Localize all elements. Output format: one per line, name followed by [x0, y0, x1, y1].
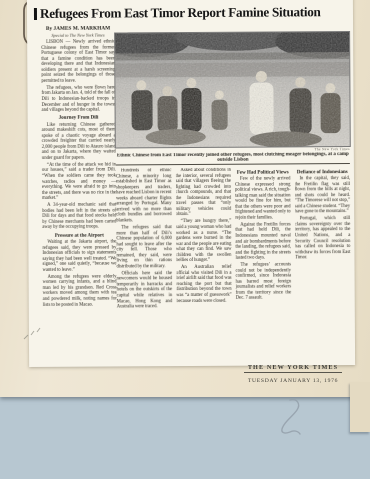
- subhead: Pressure at the Airport: [42, 233, 116, 238]
- scanned-scrapbook-page: { "colors":{ "album_paper":"#ece2cc", "b…: [0, 0, 370, 479]
- paragraph: Like returning Chinese gathered around m…: [42, 122, 116, 161]
- caption-rule: [116, 163, 350, 165]
- article-column-4: Few Had Political ViewsFew of the newly …: [235, 167, 292, 358]
- paragraph: “They are hungry there,” said a young wo…: [176, 219, 232, 264]
- paragraph: A 34-year-old mechanic said that bodies …: [42, 203, 116, 231]
- paragraph: An Australian relief official who visite…: [176, 265, 232, 304]
- refugees-photo-illustration: [115, 32, 350, 147]
- paragraph: The refugees said that more than half of…: [116, 225, 172, 270]
- pencil-marks: [20, 325, 46, 351]
- byline-credit: Special to The New York Times: [41, 32, 115, 37]
- paragraph: Asked about conditions in the interior, …: [175, 168, 231, 218]
- article-column-2: Hundreds of ethnic Chinese, a minority l…: [116, 168, 173, 359]
- paragraph: The refugees, who were flown here from J…: [41, 85, 115, 113]
- source-slip: THE NEW YORK TIMES TUESDAY JANUARY 13, 1…: [226, 356, 360, 384]
- article-column-5: Defiance of IndonesiansIn the capital, t…: [294, 167, 351, 358]
- paragraph: In the capital, they said, the Fretilin …: [294, 176, 350, 215]
- byline: By JAMES M. MARKHAM: [41, 25, 115, 31]
- headline-tick: [34, 8, 37, 20]
- paragraph: Hundreds of ethnic Chinese, a minority l…: [116, 168, 172, 224]
- paragraph: LISBON — Newly arrived ethnic Chinese re…: [41, 39, 115, 84]
- paragraph: Officials here said the newcomers would …: [117, 271, 173, 310]
- article-column-1: By JAMES M. MARKHAMSpecial to The New Yo…: [41, 24, 117, 356]
- article-columns: Hundreds of ethnic Chinese, a minority l…: [116, 167, 351, 359]
- underlying-page-edge: [350, 382, 370, 432]
- subhead: Few Had Political Views: [235, 170, 291, 175]
- handwritten-mark: [270, 394, 310, 438]
- publication-date: TUESDAY JANUARY 13, 1976: [226, 378, 360, 384]
- paragraph: Among the refugees were elderly women ca…: [43, 274, 117, 308]
- paragraph: Portugal, which still claims sovereignty…: [295, 216, 351, 261]
- photo-caption: Ethnic Chinese from East Timor recently …: [116, 152, 350, 164]
- paragraph: Waiting at the Jakarta airport, the refu…: [42, 239, 116, 273]
- newspaper-name: THE NEW YORK TIMES: [244, 364, 342, 373]
- newspaper-clipping: Refugees From East Timor Report Famine S…: [27, 0, 355, 367]
- paragraph: The refugees’ accounts could not be inde…: [235, 263, 291, 302]
- article-headline: Refugees From East Timor Report Famine S…: [40, 5, 321, 20]
- article-photo: [115, 32, 350, 147]
- subhead: Journey From Dili: [42, 116, 116, 121]
- paragraph: Few of the newly arrived Chinese express…: [235, 176, 291, 221]
- subhead: Defiance of Indonesians: [294, 170, 350, 175]
- article-column-3: Asked about conditions in the interior, …: [175, 168, 232, 359]
- headline-row: Refugees From East Timor Report Famine S…: [34, 5, 351, 20]
- paragraph: Against the Fretilin forces that had hel…: [235, 222, 291, 261]
- paragraph: “At the time of the attack we hid in our…: [42, 162, 116, 201]
